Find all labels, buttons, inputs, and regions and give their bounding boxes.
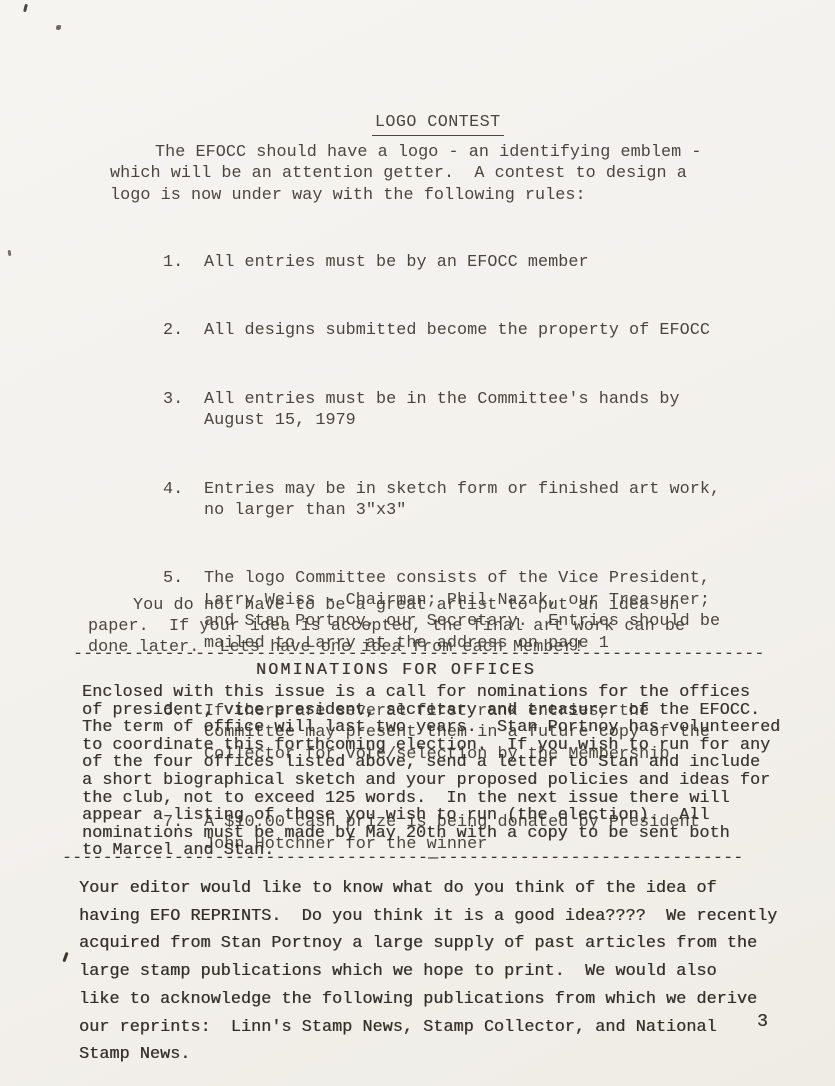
- scanned-newsletter-page: LOGO CONTEST The EFOCC should have a log…: [0, 0, 835, 1086]
- rule-item: 4. Entries may be in sketch form or fini…: [163, 479, 720, 522]
- rule-number: 4.: [163, 479, 204, 522]
- ink-speck: [23, 4, 28, 12]
- page-number: 3: [757, 1012, 768, 1032]
- rule-item: 2. All designs submitted become the prop…: [163, 320, 720, 341]
- rule-number: 3.: [163, 389, 204, 432]
- rule-item: 3. All entries must be in the Committee'…: [163, 389, 720, 432]
- ink-speck: [56, 25, 61, 30]
- page-title-text: LOGO CONTEST: [372, 113, 504, 136]
- nominations-paragraph: Enclosed with this issue is a call for n…: [82, 684, 780, 860]
- ink-speck: [8, 250, 12, 256]
- rule-text: All entries must be by an EFOCC member: [204, 252, 589, 273]
- nominations-title: NOMINATIONS FOR OFFICES: [256, 661, 536, 680]
- rule-number: 1.: [163, 252, 204, 273]
- section-divider: ----------------------------------------…: [73, 648, 765, 662]
- editor-note-paragraph: Your editor would like to know what do y…: [79, 875, 777, 1069]
- rule-number: 2.: [163, 320, 204, 341]
- rule-text: All entries must be in the Committee's h…: [204, 389, 680, 432]
- section-divider: ------------------------------------—---…: [62, 852, 743, 866]
- intro-paragraph: The EFOCC should have a logo - an identi…: [110, 142, 702, 206]
- rule-item: 1. All entries must be by an EFOCC membe…: [163, 252, 720, 273]
- pen-mark: [62, 952, 68, 962]
- rule-text: Entries may be in sketch form or finishe…: [204, 479, 720, 522]
- rule-text: All designs submitted become the propert…: [204, 320, 710, 341]
